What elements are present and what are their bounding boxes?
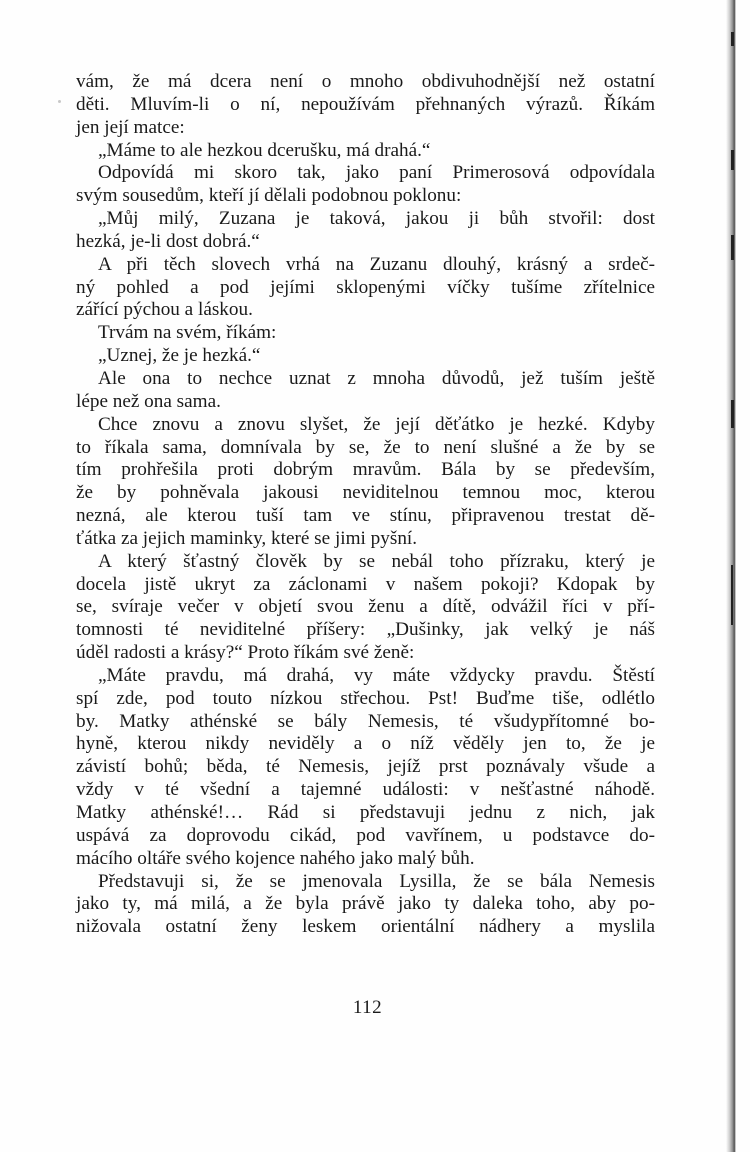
text-line: docela jistě ukryt za záclonami v našem … — [76, 574, 655, 597]
text-line: „Uznej, že je hezká.“ — [76, 345, 655, 368]
text-line: se, svíraje večer v objetí svou ženu a d… — [76, 596, 655, 619]
text-line: Trvám na svém, říkám: — [76, 322, 655, 345]
spine-mark — [731, 565, 733, 625]
page-number: 112 — [0, 997, 735, 1019]
spine-mark — [731, 235, 734, 260]
text-line: „Máme to ale hezkou dcerušku, má drahá.“ — [76, 140, 655, 163]
text-line: úděl radosti a krásy?“ Proto říkám své ž… — [76, 642, 655, 665]
text-line: Ale ona to nechce uznat z mnoha důvodů, … — [76, 368, 655, 391]
text-line: závistí bohů; běda, té Nemesis, jejíž pr… — [76, 756, 655, 779]
spine-mark — [731, 400, 734, 428]
spine-mark — [731, 150, 734, 170]
text-line: nezná, ale kterou tuší tam ve stínu, při… — [76, 505, 655, 528]
text-line: vám, že má dcera není o mnoho obdivuhodn… — [76, 71, 655, 94]
text-line: „Můj milý, Zuzana je taková, jakou ji bů… — [76, 208, 655, 231]
text-line: hyně, kterou nikdy neviděly a o níž vědě… — [76, 733, 655, 756]
text-line: nižovala ostatní ženy leskem orientální … — [76, 916, 655, 939]
spine-mark — [731, 32, 734, 46]
text-line: děti. Mluvím-li o ní, nepoužívám přehnan… — [76, 94, 655, 117]
text-line: to říkala sama, domnívala by se, že to n… — [76, 437, 655, 460]
text-line: ný pohled a pod jejími sklopenými víčky … — [76, 277, 655, 300]
text-line: A který šťastný člověk by se nebál toho … — [76, 551, 655, 574]
text-line: Chce znovu a znovu slyšet, že její děťát… — [76, 414, 655, 437]
text-line: tomnosti té neviditelné příšery: „Dušink… — [76, 619, 655, 642]
text-line: Představuji si, že se jmenovala Lysilla,… — [76, 871, 655, 894]
text-line: jako ty, má milá, a že byla právě jako t… — [76, 893, 655, 916]
text-line: jen její matce: — [76, 117, 655, 140]
book-page: vám, že má dcera není o mnoho obdivuhodn… — [0, 0, 750, 1152]
text-line: A při těch slovech vrhá na Zuzanu dlouhý… — [76, 254, 655, 277]
text-line: uspává za doprovodu cikád, pod vavřínem,… — [76, 825, 655, 848]
text-line: že by pohněvala jakousi neviditelnou tem… — [76, 482, 655, 505]
text-line: svým sousedům, kteří jí dělali podobnou … — [76, 185, 655, 208]
text-line: ťátka za jejich maminky, které se jimi p… — [76, 528, 655, 551]
paper-speck — [58, 100, 61, 103]
text-line: lépe než ona sama. — [76, 391, 655, 414]
text-line: hezká, je-li dost dobrá.“ — [76, 231, 655, 254]
text-line: mácího oltáře svého kojence nahého jako … — [76, 848, 655, 871]
text-line: Matky athénské!… Rád si představuji jedn… — [76, 802, 655, 825]
text-line: „Máte pravdu, má drahá, vy máte vždycky … — [76, 665, 655, 688]
text-line: vždy v té všední a tajemné události: v n… — [76, 779, 655, 802]
body-text: vám, že má dcera není o mnoho obdivuhodn… — [76, 71, 655, 939]
text-line: spí zde, pod touto nízkou střechou. Pst!… — [76, 688, 655, 711]
text-line: zářící pýchou a láskou. — [76, 299, 655, 322]
text-line: by. Matky athénské se bály Nemesis, té v… — [76, 711, 655, 734]
text-line: Odpovídá mi skoro tak, jako paní Primero… — [76, 162, 655, 185]
text-line: tím prohřešila proti dobrým mravům. Bála… — [76, 459, 655, 482]
